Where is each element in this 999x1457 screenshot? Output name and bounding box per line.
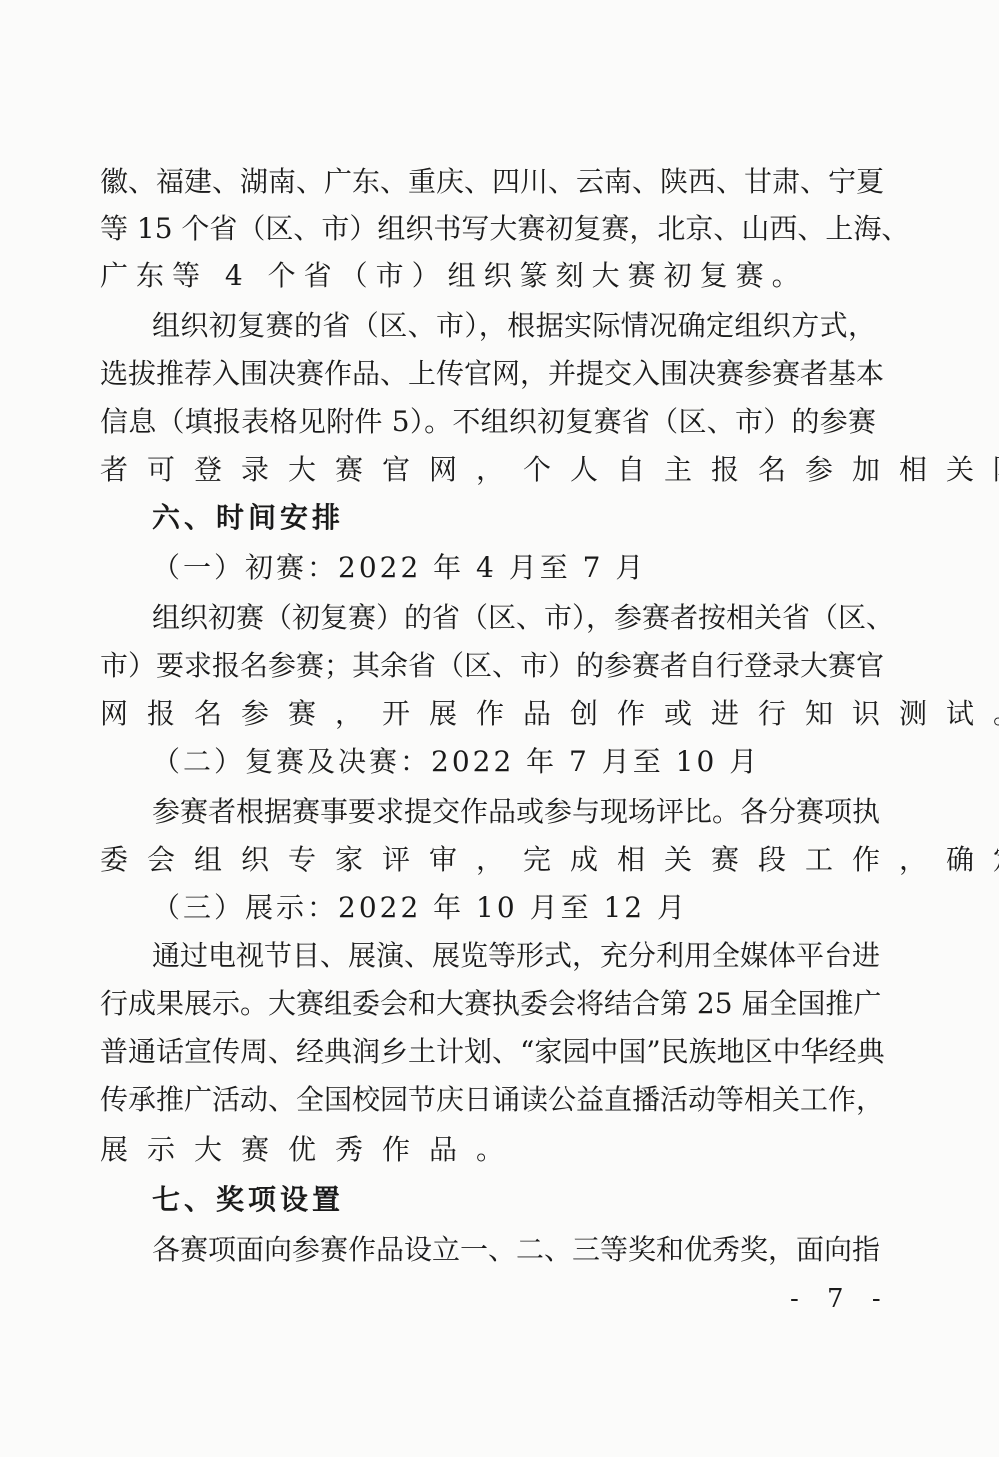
body-text-line: 传承推广活动、全国校园节庆日诵读公益直播活动等相关工作， [100,1080,876,1120]
body-text-line: 信息（填报表格见附件 5）。不组织初复赛省（区、市）的参赛 [100,402,876,442]
subheading-exhibition: （三）展示：2022 年 10 月至 12 月 [152,888,688,928]
section-heading-awards: 七、奖项设置 [152,1180,344,1220]
body-text-line: 选拔推荐入围决赛作品、上传官网，并提交入围决赛参赛者基本 [100,354,876,394]
body-text-line: 行成果展示。大赛组委会和大赛执委会将结合第 25 届全国推广 [100,984,876,1024]
body-text-line: 徽、福建、湖南、广东、重庆、四川、云南、陕西、甘肃、宁夏 [100,162,876,202]
body-text-line: 展示大赛优秀作品。 [100,1130,876,1170]
body-text-line: 普通话宣传周、经典润乡土计划、“家园中国”民族地区中华经典 [100,1032,876,1072]
body-text-line: 委会组织专家评审，完成相关赛段工作，确定获奖名单。 [100,840,876,880]
body-text-line: 参赛者根据赛事要求提交作品或参与现场评比。各分赛项执 [152,792,876,832]
subheading-preliminary: （一）初赛：2022 年 4 月至 7 月 [152,548,646,588]
body-text-line: 者可登录大赛官网，个人自主报名参加相关阶段比赛。 [100,450,876,490]
body-text-line: 组织初赛（初复赛）的省（区、市），参赛者按相关省（区、 [152,598,876,638]
body-text-line: 广东等 4 个省（市）组织篆刻大赛初复赛。 [100,256,876,296]
document-page: 徽、福建、湖南、广东、重庆、四川、云南、陕西、甘肃、宁夏 等 15 个省（区、市… [0,0,999,1457]
body-text-line: 各赛项面向参赛作品设立一、二、三等奖和优秀奖，面向指 [152,1230,876,1270]
page-number: - 7 - [790,1282,891,1316]
body-text-line: 等 15 个省（区、市）组织书写大赛初复赛，北京、山西、上海、 [100,209,876,249]
body-text-line: 市）要求报名参赛；其余省（区、市）的参赛者自行登录大赛官 [100,646,876,686]
body-text-line: 网报名参赛，开展作品创作或进行知识测试。 [100,694,876,734]
section-heading-schedule: 六、时间安排 [152,498,344,538]
body-text-line: 通过电视节目、展演、展览等形式，充分利用全媒体平台进 [152,936,876,976]
subheading-semifinal-final: （二）复赛及决赛：2022 年 7 月至 10 月 [152,742,760,782]
body-text-line: 组织初复赛的省（区、市），根据实际情况确定组织方式， [152,306,876,346]
